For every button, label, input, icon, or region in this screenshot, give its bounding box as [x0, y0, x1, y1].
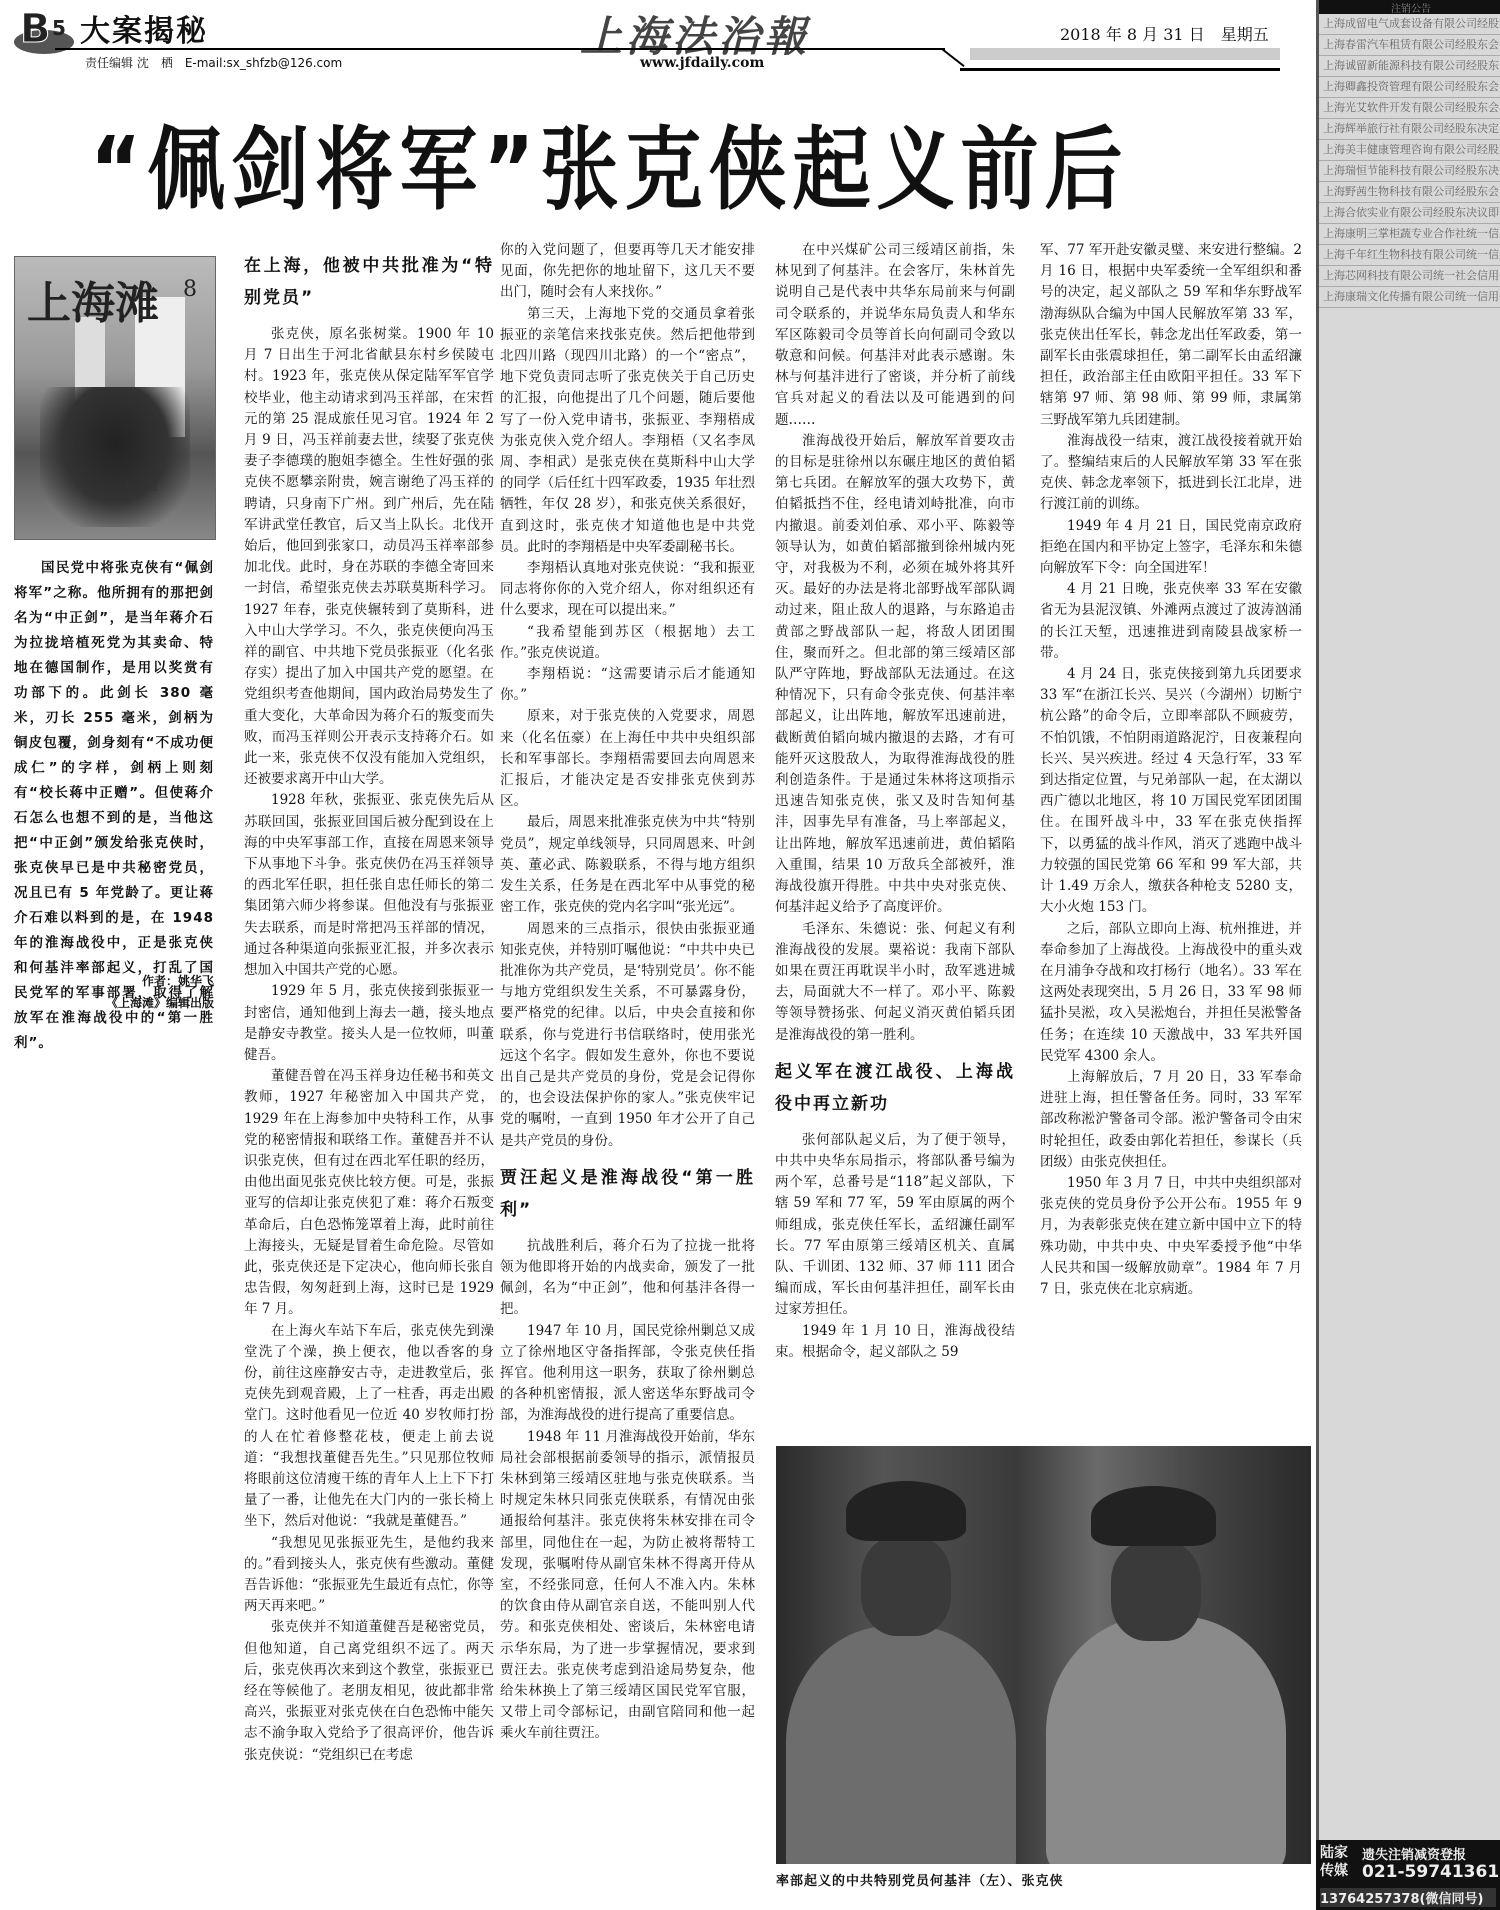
- issue-date: 2018 年 8 月 31 日 星期五: [1060, 22, 1269, 45]
- ad-item: 上海千年红生物科技有限公司统一信用代码:91310107598510520，经股…: [1319, 245, 1500, 266]
- ad-item: 上海瑞恒节能科技有限公司经股东决定即日起注销，特此公告: [1319, 161, 1500, 182]
- photo-cap-right: [1091, 1486, 1216, 1546]
- header-rule: [55, 48, 945, 50]
- photo-caption: 率部起义的中共特别党员何基沣（左）、张克侠: [776, 1870, 1064, 1889]
- paragraph: 淮海战役开始后，解放军首要攻击的目标是驻徐州以东碾庄地区的黄伯韬第七兵团。在解放…: [775, 431, 1015, 919]
- section-title: 大案揭秘: [80, 6, 208, 50]
- cover-issue-number: 8: [183, 277, 197, 302]
- photo-figure-right: [1046, 1616, 1286, 1864]
- page-letter: B: [20, 6, 51, 52]
- paragraph: 李翔梧认真地对张克侠说：“我和振亚同志将你你的入党介绍人，你对组织还有什么要求，…: [500, 558, 755, 622]
- page-number: 5: [52, 16, 66, 40]
- ad-contact-footer: 陆家传媒 遗失注销减资登报 021-59741361 13764257378(微…: [1316, 1840, 1500, 1910]
- ad-item: 上海光艾软件开发有限公司经股东会决议即日起注销，特此公告: [1319, 98, 1500, 119]
- subheading: 起义军在渡江战役、上海战役中再立新功: [775, 1056, 1015, 1120]
- ad-item: 上海辉举旅行社有限公司经股东决定即日起注销，特此公告: [1319, 119, 1500, 140]
- byline: 作者：姚华飞 《上海滩》编辑出版: [14, 970, 214, 1014]
- paragraph: 第三天，上海地下党的交通员拿着张振亚的亲笔信来找张克侠。然后把他带到北四川路（现…: [500, 304, 755, 558]
- cover-soldiers-shape: [40, 387, 190, 527]
- paragraph: 1929 年 5 月，张克侠接到张振亚一封密信，通知他到上海去一趟，接头地点是静…: [244, 981, 494, 1066]
- paragraph: 1949 年 1 月 10 日，淮海战役结束。根据命令，起义部队之 59: [775, 1321, 1015, 1363]
- subheading: 在上海，他被中共批准为“特别党员”: [244, 250, 494, 314]
- ad-mobile: 13764257378(微信同号): [1320, 1888, 1496, 1907]
- header-rule-right: [960, 68, 1280, 71]
- author: 作者：姚华飞: [14, 970, 214, 992]
- ad-item: 上海春雷汽车租赁有限公司经股东会决议即日起注销，特此公告: [1319, 35, 1500, 56]
- ad-item: 上海美丰健康管理咨询有限公司经股东会决议即日起注销，特此公告: [1319, 140, 1500, 161]
- magazine-cover-image: 上海滩 8 陈望道: [14, 256, 216, 540]
- ad-item: 上海野茜生物科技有限公司经股东会决议即日起注销，特此公告: [1319, 182, 1500, 203]
- source: 《上海滩》编辑出版: [14, 992, 214, 1014]
- cover-subtitle: 陈望道: [125, 477, 158, 493]
- photo-face-left: [861, 1536, 951, 1636]
- editor-credit: 责任编辑 沈 栖 E-mail:sx_shfzb@126.com: [85, 54, 342, 71]
- paragraph: 上海解放后，7 月 20 日，33 军奉命进驻上海，担任警备任务。同时，33 军…: [1040, 1067, 1302, 1173]
- historical-photo: [776, 1446, 1311, 1864]
- paragraph: 1928 年秋，张振亚、张克侠先后从苏联回国，张振亚回国后被分配到设在上海的中央…: [244, 790, 494, 981]
- article-column-1: 在上海，他被中共批准为“特别党员” 张克侠，原名张树棠。1900 年 10 月 …: [244, 250, 494, 1766]
- paragraph: “我希望能到苏区（根据地）去工作。”张克侠说道。: [500, 622, 755, 664]
- paragraph: 张克侠，原名张树棠。1900 年 10 月 7 日出生于河北省献县东村乡侯陵屯村…: [244, 324, 494, 790]
- paragraph: 最后，周恩来批准张克侠为中共“特别党员”，规定单线领导，只同周恩来、叶剑英、董必…: [500, 812, 755, 918]
- cover-title: 上海滩: [27, 267, 159, 331]
- paragraph: “我想见见张振亚先生，是他约我来的。”看到接头人，张克侠有些激动。董健吾告诉他：…: [244, 1533, 494, 1618]
- ad-item: 上海卿鑫投资管理有限公司经股东会决议即日起注销，特此公告: [1319, 77, 1500, 98]
- paragraph: 原来，对于张克侠的入党要求，周恩来（化名伍豪）在上海任中共中央组织部长和军事部长…: [500, 706, 755, 812]
- paragraph: 4 月 24 日，张克侠接到第九兵团要求 33 军“在浙江长兴、吴兴（今湖州）切…: [1040, 664, 1302, 918]
- paragraph: 抗战胜利后，蒋介石为了拉拢一批将领为他即将开始的内战卖命，颁发了一批佩剑，名为“…: [500, 1236, 755, 1321]
- paragraph: 1948 年 11 月淮海战役开始前，华东局社会部根据前委领导的指示，派情报员朱…: [500, 1427, 755, 1745]
- article-headline: “佩剑将军”张克侠起义前后: [90, 98, 1220, 227]
- paragraph: 之后，部队立即向上海、杭州推进，并奉命参加了上海战役。上海战役中的重头戏在月浦争…: [1040, 919, 1302, 1067]
- classified-ads-column: 注销公告 上海成留电气成套设备有限公司经股东会决议即日起注销，特此公告 上海春雷…: [1316, 0, 1500, 1910]
- header-grey-bar: [970, 48, 1280, 60]
- paragraph: 你的入党问题了，但要再等几天才能安排见面，你先把你的地址留下，这几天不要出门，随…: [500, 240, 755, 304]
- header-rule-slant: [941, 48, 964, 67]
- subheading: 贾汪起义是淮海战役“第一胜利”: [500, 1162, 755, 1226]
- paragraph: 军、77 军开赴安徽灵璧、来安进行整编。2 月 16 日，根据中央军委统一全军组…: [1040, 240, 1302, 431]
- paragraph: 淮海战役一结束，渡江战役接着就开始了。整编结束后的人民解放军第 33 军在张克侠…: [1040, 431, 1302, 516]
- ad-agency-name: 陆家传媒: [1320, 1844, 1356, 1880]
- ad-phone: 021-59741361: [1362, 1862, 1499, 1882]
- website-link[interactable]: www.jfdaily.com: [640, 55, 764, 71]
- ad-item: 上海康明三掌柜蔬专业合作社统一信用代码:93310230MA1J77463L，经…: [1319, 224, 1500, 245]
- article-column-4: 军、77 军开赴安徽灵璧、来安进行整编。2 月 16 日，根据中央军委统一全军组…: [1040, 240, 1302, 1300]
- paragraph: 周恩来的三点指示，很快由张振亚通知张克侠，并特别叮嘱他说：“中共中央已批准你为共…: [500, 919, 755, 1152]
- photo-face-right: [1111, 1541, 1201, 1641]
- article-column-2: 你的入党问题了，但要再等几天才能安排见面，你先把你的地址留下，这几天不要出门，随…: [500, 240, 755, 1745]
- paragraph: 张何部队起义后，为了便于领导，中共中央华东局指示，将部队番号编为两个军，总番号是…: [775, 1130, 1015, 1321]
- ad-services: 遗失注销减资登报: [1362, 1844, 1466, 1863]
- paragraph: 董健吾曾在冯玉祥身边任秘书和英文教师，1927 年秘密加入中国共产党，1929 …: [244, 1066, 494, 1320]
- ad-item: 上海康瑞文化传播有限公司统一信用代码:91310113MA1GM6Y79，经股东…: [1319, 287, 1500, 308]
- photo-figure-left: [786, 1626, 1016, 1864]
- paragraph: 1947 年 10 月，国民党徐州剿总又成立了徐州地区守备指挥部，令张克侠任指挥…: [500, 1321, 755, 1427]
- photo-cap-left: [846, 1481, 966, 1541]
- paragraph: 1950 年 3 月 7 日，中共中央组织部对张克侠的党员身份予公开公布。195…: [1040, 1173, 1302, 1300]
- ad-item: 上海合依实业有限公司经股东决议即日起注销，特此公告: [1319, 203, 1500, 224]
- paragraph: 在中兴煤矿公司三绥靖区前指，朱林见到了何基沣。在会客厅，朱林首先说明自己是代表中…: [775, 240, 1015, 431]
- paragraph: 在上海火车站下车后，张克侠先到澡堂洗了个澡，换上便衣，他以香客的身份，前往这座静…: [244, 1321, 494, 1533]
- paragraph: 李翔梧说：“这需要请示后才能通知你。”: [500, 664, 755, 706]
- paragraph: 4 月 21 日晚，张克侠率 33 军在安徽省无为县泥汊镇、外滩两点渡过了波涛汹…: [1040, 579, 1302, 664]
- ad-item: 上海诚留新能源科技有限公司经股东会决议即日起注销，特此公告: [1319, 56, 1500, 77]
- ads-header: 注销公告: [1319, 0, 1500, 14]
- paragraph: 1949 年 4 月 21 日，国民党南京政府拒绝在国内和平协定上签字，毛泽东和…: [1040, 516, 1302, 580]
- ad-item: 上海成留电气成套设备有限公司经股东会决议即日起注销，特此公告: [1319, 14, 1500, 35]
- paragraph: 毛泽东、朱德说：张、何起义有利淮海战役的发展。粟裕说：我南下部队如果在贾汪再耽误…: [775, 919, 1015, 1046]
- paragraph: 张克侠并不知道董健吾是秘密党员，但他知道，自己离党组织不远了。两天后，张克侠再次…: [244, 1617, 494, 1765]
- article-column-3: 在中兴煤矿公司三绥靖区前指，朱林见到了何基沣。在会客厅，朱林首先说明自己是代表中…: [775, 240, 1015, 1363]
- ad-item: 上海芯网科技有限公司统一社会信用代码:91310107MA1G01X810，经股…: [1319, 266, 1500, 287]
